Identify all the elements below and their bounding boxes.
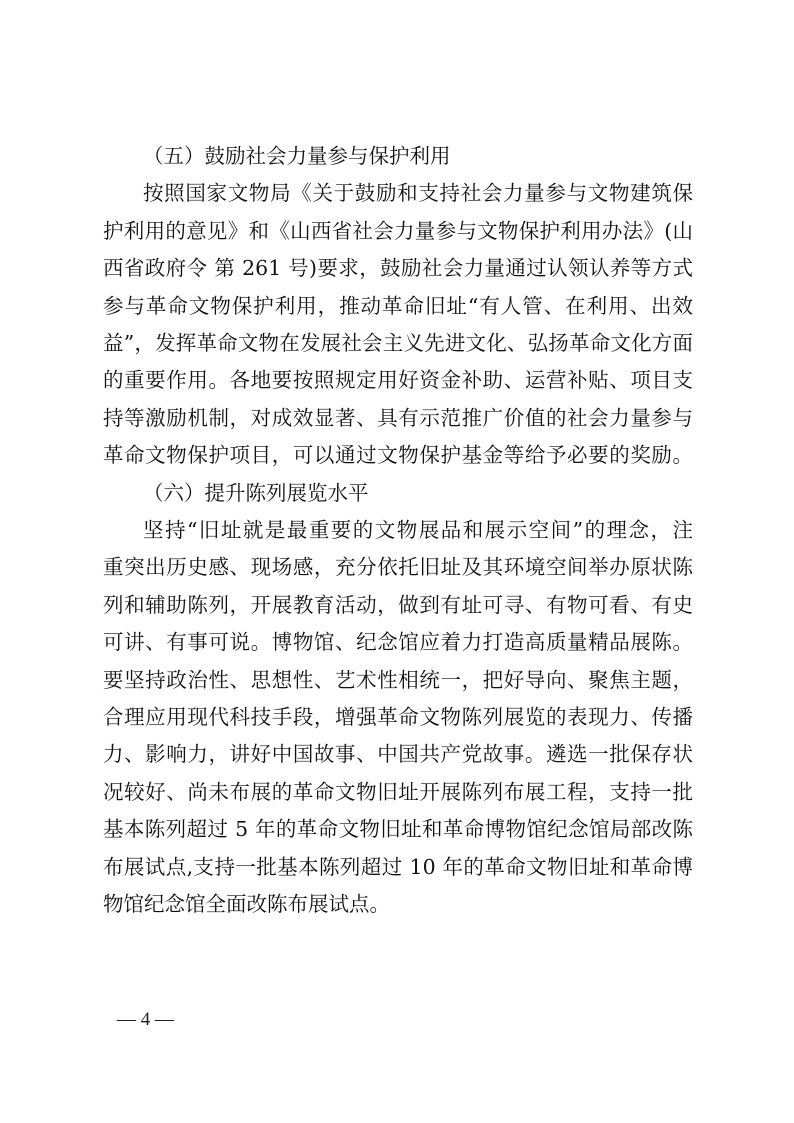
paragraph-line: 可讲、有事可说。博物馆、纪念馆应着力打造高质量精品展陈。	[103, 630, 693, 654]
document-page: （五）鼓励社会力量参与保护利用 按照国家文物局《关于鼓励和支持社会力量参与文物建…	[0, 0, 794, 1123]
paragraph-line: 基本陈列超过 5 年的革命文物旧址和革命博物馆纪念馆局部改陈	[103, 817, 693, 841]
paragraph-line: 益”，发挥革命文物在发展社会主义先进文化、弘扬革命文化方面	[103, 331, 693, 355]
paragraph-line: 要坚持政治性、思想性、艺术性相统一，把好导向、聚焦主题，	[103, 668, 693, 692]
paragraph-line: 坚持“旧址就是最重要的文物展品和展示空间”的理念，注	[143, 518, 693, 542]
paragraph-line: 西省政府令 第 261 号)要求，鼓励社会力量通过认领认养等方式	[103, 256, 693, 280]
page-number: — 4 —	[117, 1008, 174, 1032]
paragraph-line: 物馆纪念馆全面改陈布展试点。	[103, 892, 693, 916]
paragraph-line: 持等激励机制，对成效显著、具有示范推广价值的社会力量参与	[103, 406, 693, 430]
paragraph-line: 列和辅助陈列，开展教育活动，做到有址可寻、有物可看、有史	[103, 593, 693, 617]
paragraph-line: 护利用的意见》和《山西省社会力量参与文物保护利用办法》(山	[103, 219, 693, 243]
paragraph-line: 参与革命文物保护利用，推动革命旧址“有人管、在利用、出效	[103, 294, 693, 318]
paragraph-line: 布展试点,支持一批基本陈列超过 10 年的革命文物旧址和革命博	[103, 855, 693, 879]
paragraph-line: 况较好、尚未布展的革命文物旧址开展陈列布展工程，支持一批	[103, 780, 693, 804]
section-heading-6: （六）提升陈列展览水平	[143, 481, 543, 505]
section-heading-5: （五）鼓励社会力量参与保护利用	[143, 144, 543, 168]
paragraph-line: 按照国家文物局《关于鼓励和支持社会力量参与文物建筑保	[143, 181, 693, 205]
paragraph-line: 力、影响力，讲好中国故事、中国共产党故事。遴选一批保存状	[103, 742, 693, 766]
paragraph-line: 革命文物保护项目，可以通过文物保护基金等给予必要的奖励。	[103, 443, 693, 467]
paragraph-line: 重突出历史感、现场感，充分依托旧址及其环境空间举办原状陈	[103, 555, 693, 579]
paragraph-line: 的重要作用。各地要按照规定用好资金补助、运营补贴、项目支	[103, 368, 693, 392]
paragraph-line: 合理应用现代科技手段，增强革命文物陈列展览的表现力、传播	[103, 705, 693, 729]
